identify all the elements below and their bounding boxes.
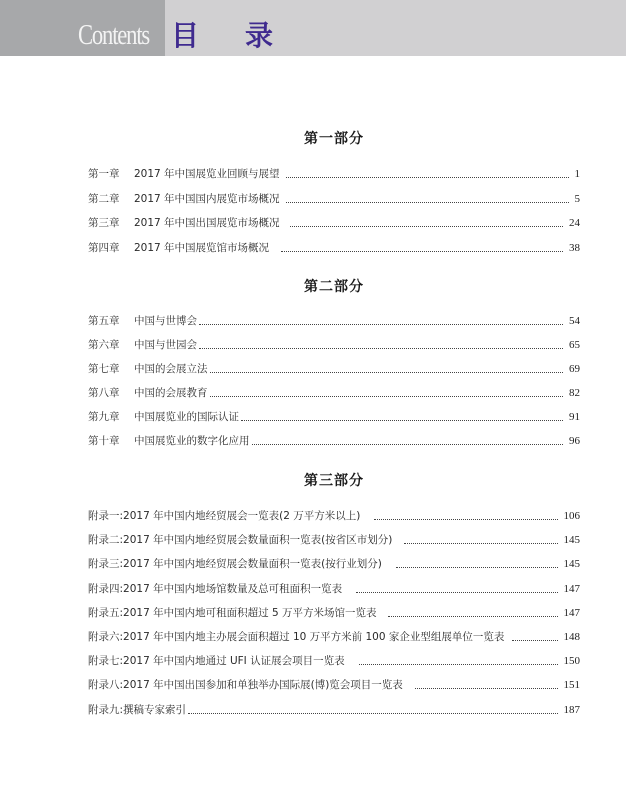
toc-appendix-label: 附录一: — [88, 508, 123, 524]
toc-page-number: 151 — [564, 677, 581, 693]
toc-page-number: 24 — [569, 215, 580, 231]
toc-page-number: 38 — [569, 240, 580, 256]
toc-appendix-label: 附录九: — [88, 702, 123, 718]
toc-page-number: 187 — [564, 702, 581, 718]
toc-entry-title: 2017 年中国出国展览市场概况 — [134, 215, 280, 231]
toc-appendix-label: 附录七: — [88, 653, 123, 669]
toc-entry[interactable]: 附录三: 2017 年中国内地经贸展会数量面积一览表(按行业划分) 145 — [88, 556, 580, 572]
toc-entry-title: 2017 年中国内地经贸展会数量面积一览表(按省区市划分) — [123, 532, 392, 548]
toc-entry[interactable]: 附录八: 2017 年中国出国参加和单独举办国际展(博)览会项目一览表 151 — [88, 677, 580, 693]
dot-leader — [188, 713, 557, 714]
toc-page-number: 147 — [564, 581, 581, 597]
dot-leader — [286, 202, 569, 203]
toc-appendix-label: 附录三: — [88, 556, 123, 572]
toc-page-number: 145 — [564, 556, 581, 572]
toc-entry-title: 2017 年中国内地经贸展会数量面积一览表(按行业划分) — [123, 556, 382, 572]
toc-entry-title: 2017 年中国展览馆市场概况 — [134, 240, 269, 256]
toc-entry[interactable]: 第一章 2017 年中国展览业回顾与展望 1 — [88, 166, 580, 182]
toc-entry-title: 中国展览业的数字化应用 — [134, 433, 250, 449]
toc-entry[interactable]: 第十章 中国展览业的数字化应用 96 — [88, 433, 580, 449]
toc-entry[interactable]: 第八章 中国的会展教育 82 — [88, 385, 580, 401]
dot-leader — [404, 543, 557, 544]
toc-chapter-label: 第二章 — [88, 191, 134, 207]
dot-leader — [210, 396, 564, 397]
toc-chapter-label: 第三章 — [88, 215, 134, 231]
toc-chapter-label: 第五章 — [88, 313, 134, 329]
dot-leader — [286, 177, 569, 178]
toc-entry[interactable]: 附录六: 2017 年中国内地主办展会面积超过 10 万平方米前 100 家企业… — [88, 629, 580, 645]
dot-leader — [415, 688, 558, 689]
toc-chapter-label: 第四章 — [88, 240, 134, 256]
dot-leader — [512, 640, 557, 641]
toc-entry[interactable]: 第六章 中国与世园会 65 — [88, 337, 580, 353]
toc-entry-title: 2017 年中国国内展览市场概况 — [134, 191, 280, 207]
toc-entry-title: 中国的会展立法 — [134, 361, 208, 377]
toc-entry[interactable]: 附录二: 2017 年中国内地经贸展会数量面积一览表(按省区市划分) 145 — [88, 532, 580, 548]
toc-page-number: 148 — [564, 629, 581, 645]
toc-page-number: 106 — [564, 508, 581, 524]
dot-leader — [199, 348, 563, 349]
toc-entry-title: 2017 年中国内地可租面积超过 5 万平方米场馆一览表 — [123, 605, 376, 621]
toc-entry-title: 中国展览业的国际认证 — [134, 409, 239, 425]
dot-leader — [210, 372, 564, 373]
toc-page-number: 96 — [569, 433, 580, 449]
dot-leader — [199, 324, 563, 325]
toc-chapter-label: 第一章 — [88, 166, 134, 182]
dot-leader — [396, 567, 558, 568]
part-3-title: 第三部分 — [0, 470, 626, 490]
toc-entry[interactable]: 第九章 中国展览业的国际认证 91 — [88, 409, 580, 425]
toc-appendix-label: 附录五: — [88, 605, 123, 621]
toc-entry-title: 2017 年中国内地主办展会面积超过 10 万平方米前 100 家企业型组展单位… — [123, 629, 504, 645]
toc-page-number: 91 — [569, 409, 580, 425]
dot-leader — [241, 420, 563, 421]
toc-entry-title: 2017 年中国内地场馆数量及总可租面积一览表 — [123, 581, 342, 597]
toc-entry-title: 中国的会展教育 — [134, 385, 208, 401]
toc-page-number: 65 — [569, 337, 580, 353]
dot-leader — [252, 444, 564, 445]
toc-chapter-label: 第七章 — [88, 361, 134, 377]
toc-entry-title: 撰稿专家索引 — [123, 702, 186, 718]
toc-chapter-label: 第六章 — [88, 337, 134, 353]
toc-page-number: 150 — [564, 653, 581, 669]
toc-page-number: 1 — [575, 166, 581, 182]
dot-leader — [290, 226, 563, 227]
part-2-title: 第二部分 — [0, 276, 626, 296]
toc-entry-title: 2017 年中国出国参加和单独举办国际展(博)览会项目一览表 — [123, 677, 403, 693]
toc-entry[interactable]: 附录一: 2017 年中国内地经贸展会一览表(2 万平方米以上) 106 — [88, 508, 580, 524]
toc-entry-title: 中国与世园会 — [134, 337, 197, 353]
toc-chapter-label: 第十章 — [88, 433, 134, 449]
toc-page-number: 82 — [569, 385, 580, 401]
toc-entry-title: 2017 年中国内地经贸展会一览表(2 万平方米以上) — [123, 508, 360, 524]
contents-english-title: Contents — [78, 18, 149, 52]
toc-entry[interactable]: 第四章 2017 年中国展览馆市场概况 38 — [88, 240, 580, 256]
toc-appendix-label: 附录四: — [88, 581, 123, 597]
dot-leader — [359, 664, 558, 665]
toc-page-number: 147 — [564, 605, 581, 621]
header-band: Contents 目 录 — [0, 0, 626, 56]
toc-entry[interactable]: 附录九: 撰稿专家索引 187 — [88, 702, 580, 718]
toc-appendix-label: 附录二: — [88, 532, 123, 548]
toc-entry-title: 2017 年中国展览业回顾与展望 — [134, 166, 280, 182]
toc-entry-title: 中国与世博会 — [134, 313, 197, 329]
toc-appendix-label: 附录六: — [88, 629, 123, 645]
dot-leader — [374, 519, 557, 520]
toc-page-number: 69 — [569, 361, 580, 377]
toc-entry[interactable]: 第五章 中国与世博会 54 — [88, 313, 580, 329]
toc-entry[interactable]: 附录五: 2017 年中国内地可租面积超过 5 万平方米场馆一览表 147 — [88, 605, 580, 621]
toc-chapter-label: 第九章 — [88, 409, 134, 425]
toc-entry[interactable]: 第七章 中国的会展立法 69 — [88, 361, 580, 377]
toc-entry[interactable]: 第三章 2017 年中国出国展览市场概况 24 — [88, 215, 580, 231]
toc-entry[interactable]: 第二章 2017 年中国国内展览市场概况 5 — [88, 191, 580, 207]
toc-appendix-label: 附录八: — [88, 677, 123, 693]
dot-leader — [388, 616, 557, 617]
toc-page-number: 5 — [575, 191, 581, 207]
toc-entry[interactable]: 附录四: 2017 年中国内地场馆数量及总可租面积一览表 147 — [88, 581, 580, 597]
part-1-title: 第一部分 — [0, 128, 626, 148]
toc-page-number: 54 — [569, 313, 580, 329]
dot-leader — [356, 592, 557, 593]
contents-chinese-title-2: 录 — [245, 20, 273, 52]
toc-entry[interactable]: 附录七: 2017 年中国内地通过 UFI 认证展会项目一览表 150 — [88, 653, 580, 669]
dot-leader — [281, 251, 563, 252]
toc-page-number: 145 — [564, 532, 581, 548]
contents-chinese-title-1: 目 — [171, 20, 199, 52]
toc-entry-title: 2017 年中国内地通过 UFI 认证展会项目一览表 — [123, 653, 345, 669]
toc-chapter-label: 第八章 — [88, 385, 134, 401]
